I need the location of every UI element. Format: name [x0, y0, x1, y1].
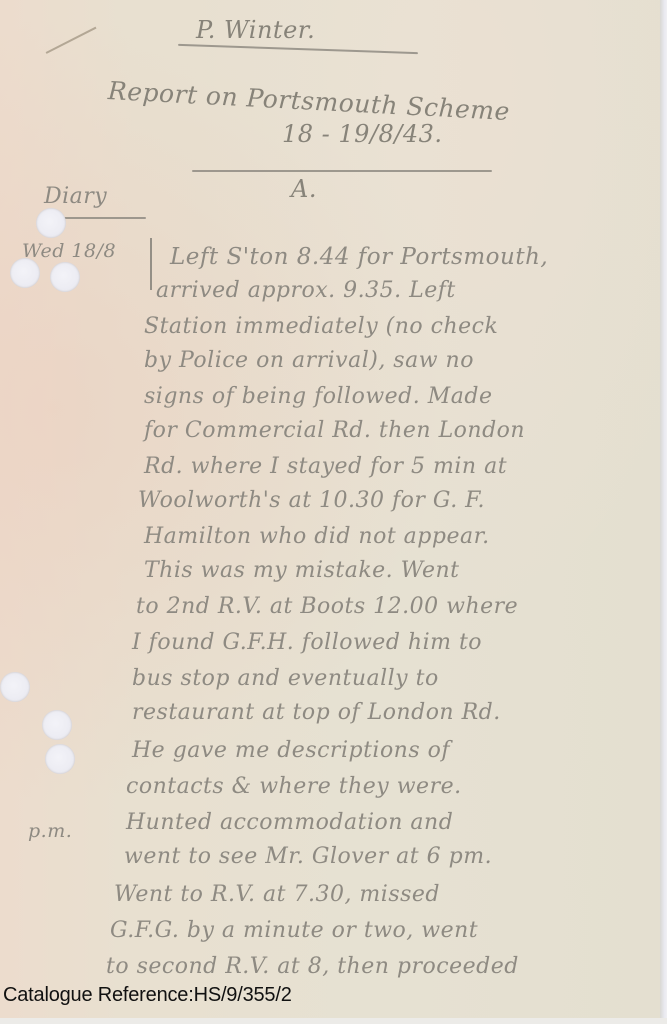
scanned-page: P. Winter. Report on Portsmouth Scheme 1… — [0, 0, 661, 1024]
scan-edge-bottom — [0, 1018, 667, 1024]
entry-margin-date: Wed 18/8 — [22, 242, 116, 261]
diary-line: Left S'ton 8.44 for Portsmouth, — [170, 246, 548, 269]
document-viewer: P. Winter. Report on Portsmouth Scheme 1… — [0, 0, 667, 1024]
diary-line: Woolworth's at 10.30 for G. F. — [138, 490, 485, 512]
diary-line: contacts & where they were. — [126, 776, 462, 798]
diary-line: bus stop and eventually to — [132, 668, 439, 690]
diary-line: to 2nd R.V. at Boots 12.00 where — [136, 596, 518, 618]
punch-hole — [0, 672, 30, 702]
diary-line: Station immediately (no check — [144, 316, 498, 338]
punch-hole — [50, 262, 80, 292]
author-name: P. Winter. — [196, 16, 315, 44]
diary-line: Hunted accommodation and — [126, 812, 453, 834]
diary-line: G.F.G. by a minute or two, went — [110, 920, 478, 942]
section-label: A. — [291, 175, 317, 203]
author-underline — [178, 44, 418, 54]
diary-line: for Commercial Rd. then London — [144, 420, 525, 442]
scan-edge-right — [660, 0, 667, 1024]
punch-hole — [42, 710, 72, 740]
stray-pencil-mark — [46, 27, 97, 54]
punch-hole — [10, 258, 40, 288]
report-title: Report on Portsmouth Scheme — [107, 76, 510, 126]
diary-line: Went to R.V. at 7.30, missed — [114, 884, 440, 906]
diary-line: Rd. where I stayed for 5 min at — [144, 456, 507, 478]
diary-line: This was my mistake. Went — [144, 560, 460, 582]
catalogue-reference-label: Catalogue Reference:HS/9/355/2 — [3, 984, 292, 1007]
diary-line: Hamilton who did not appear. — [144, 526, 490, 548]
punch-hole — [36, 208, 66, 238]
dates-underline — [192, 170, 492, 172]
diary-line: signs of being followed. Made — [144, 386, 493, 408]
diary-line: by Police on arrival), saw no — [144, 350, 474, 372]
margin-divider-line — [150, 238, 152, 290]
punch-hole — [45, 744, 75, 774]
diary-heading: Diary — [44, 186, 107, 208]
diary-line: to second R.V. at 8, then proceeded — [106, 956, 519, 978]
diary-line: restaurant at top of London Rd. — [132, 702, 501, 724]
diary-line: He gave me descriptions of — [132, 740, 450, 762]
report-dates: 18 - 19/8/43. — [282, 120, 443, 148]
diary-line: I found G.F.H. followed him to — [132, 632, 482, 654]
diary-line: arrived approx. 9.35. Left — [156, 280, 456, 302]
entry-margin-time: p.m. — [28, 822, 72, 841]
diary-underline — [60, 217, 146, 219]
diary-line: went to see Mr. Glover at 6 pm. — [124, 846, 492, 868]
